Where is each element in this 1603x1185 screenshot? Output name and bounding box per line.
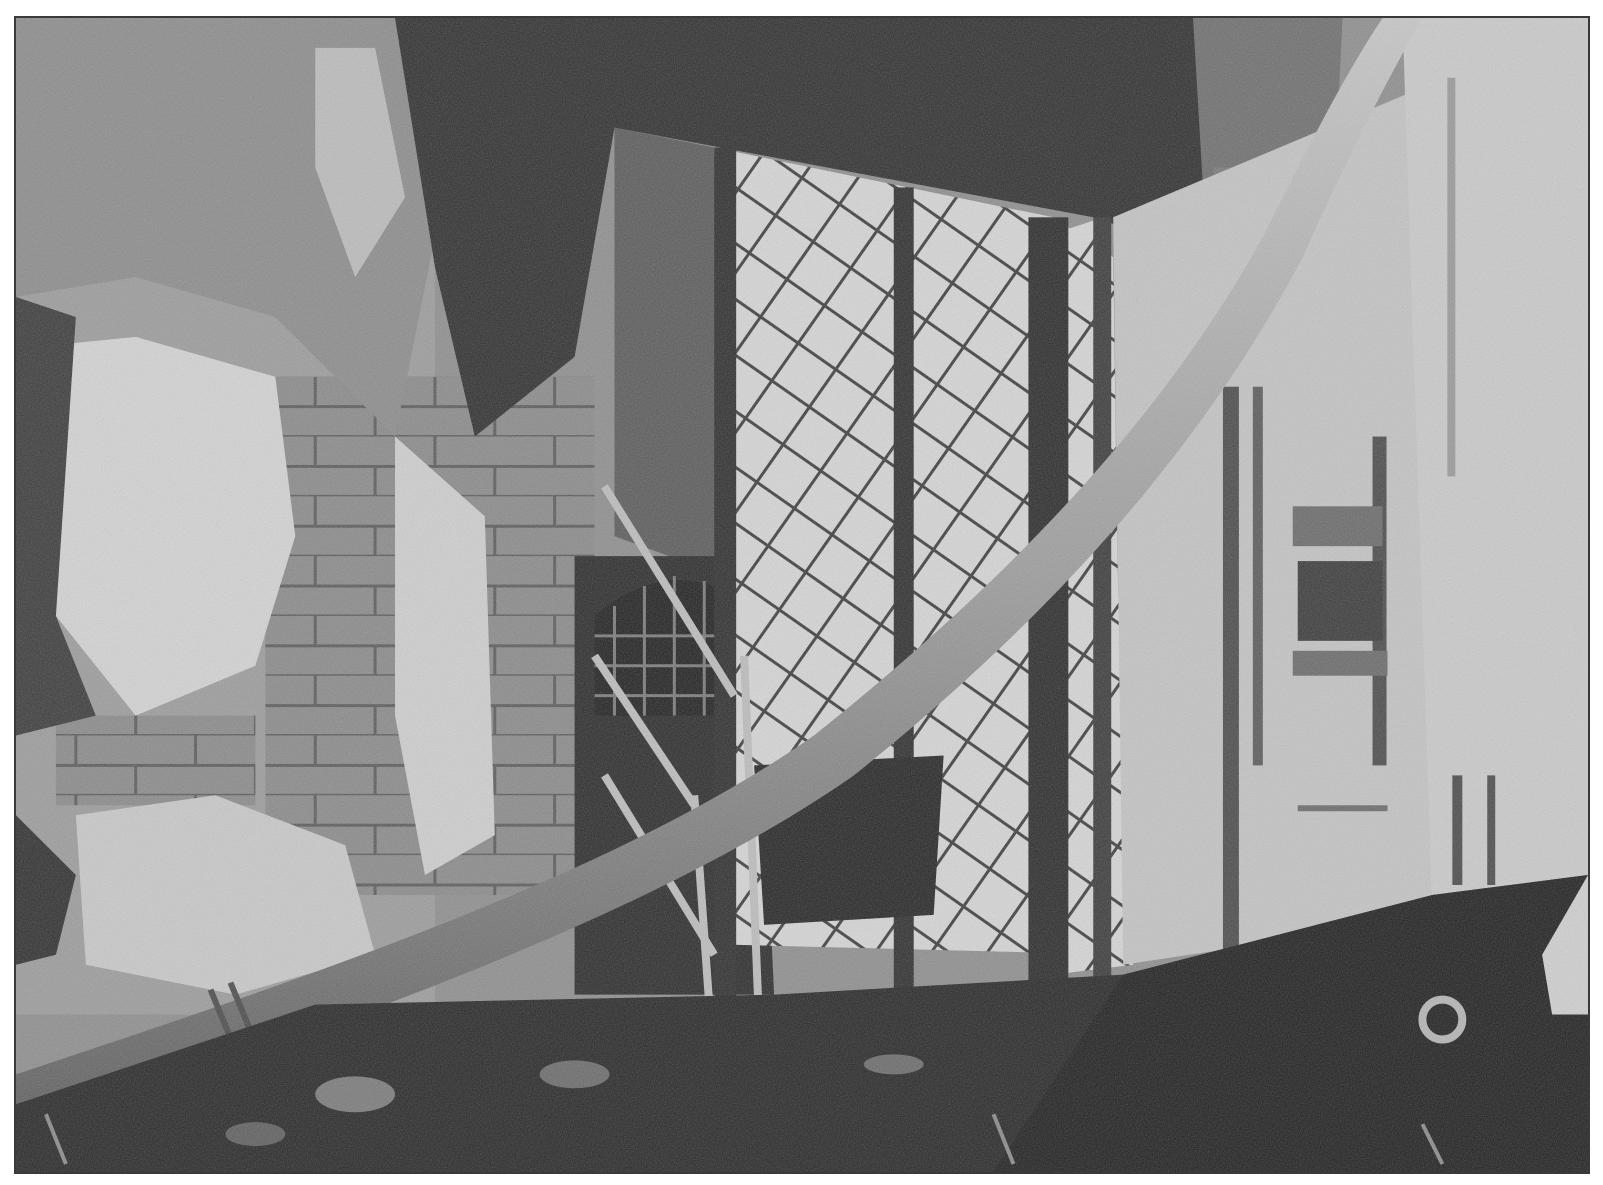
grain-overlay	[16, 18, 1588, 1172]
photo-illustration	[16, 18, 1588, 1172]
photograph	[14, 16, 1590, 1174]
